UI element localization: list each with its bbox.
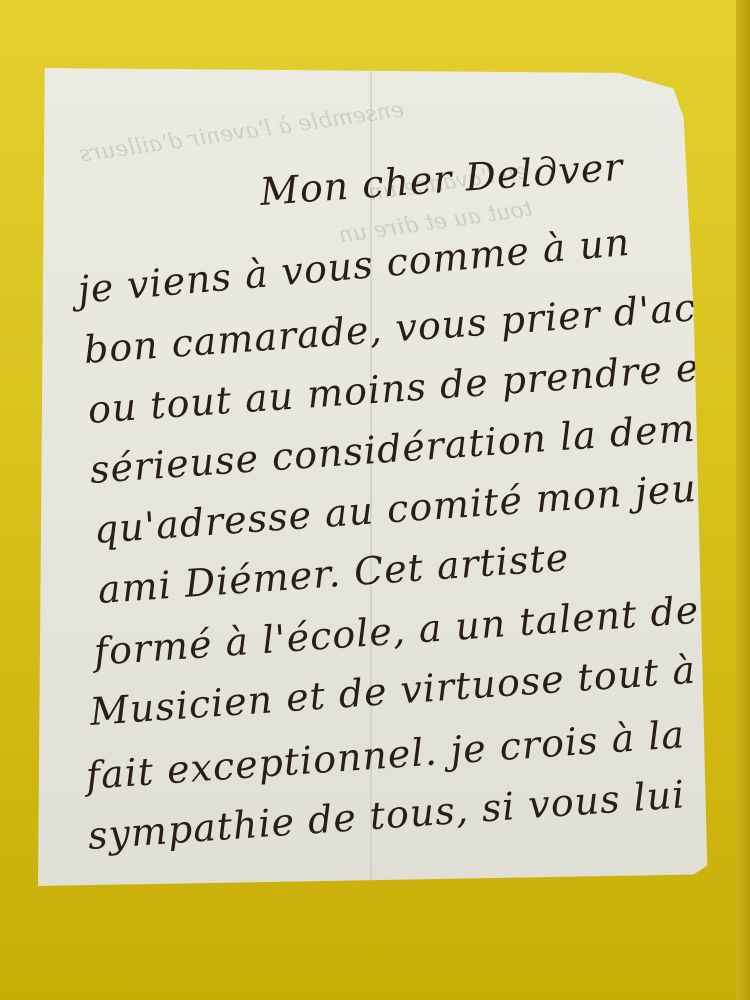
background-edge — [736, 0, 750, 1000]
bleed-through-text: ensemble à l'avenir d'ailleurs — [78, 97, 406, 167]
letter-paper: ensemble à l'avenir d'ailleurs en l'avan… — [38, 68, 714, 886]
letter-salutation: Mon cher Delдver — [258, 145, 624, 214]
